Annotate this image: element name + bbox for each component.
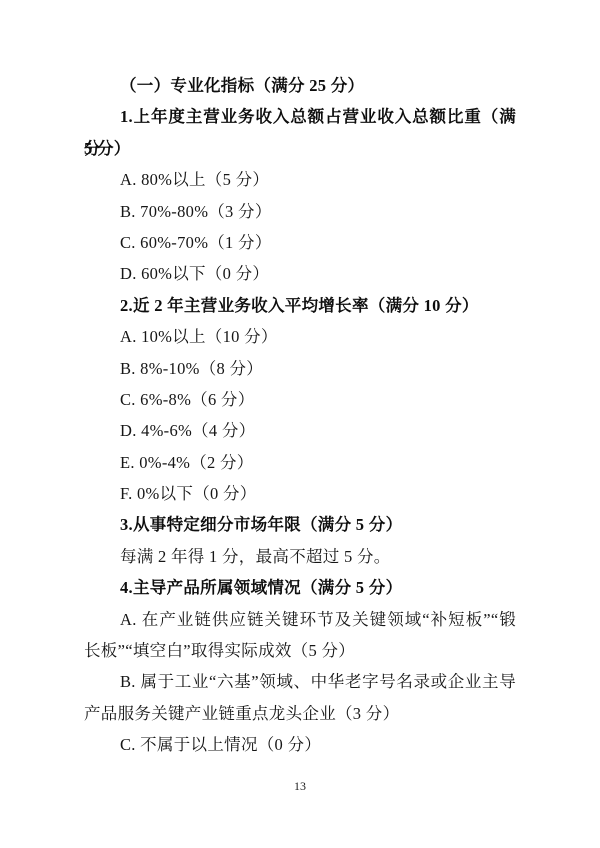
text-line-3: 5 分） [84, 133, 516, 164]
text-line-1: （一）专业化指标（满分 25 分） [84, 70, 516, 101]
text-line-15: 3.从事特定细分市场年限（满分 5 分） [84, 509, 516, 540]
text-line-20: B. 属于工业“六基”领域、中华老字号名录或企业主导 [84, 666, 516, 697]
text-line-14: F. 0%以下（0 分） [84, 478, 516, 509]
page-number: 13 [0, 778, 600, 794]
text-line-9: A. 10%以上（10 分） [84, 321, 516, 352]
text-line-8: 2.近 2 年主营业务收入平均增长率（满分 10 分） [84, 290, 516, 321]
text-line-16: 每满 2 年得 1 分，最高不超过 5 分。 [84, 541, 516, 572]
text-line-4: A. 80%以上（5 分） [84, 164, 516, 195]
text-line-18: A. 在产业链供应链关键环节及关键领域“补短板”“锻 [84, 604, 516, 635]
text-line-21: 产品服务关键产业链重点龙头企业（3 分） [84, 698, 516, 729]
text-line-7: D. 60%以下（0 分） [84, 258, 516, 289]
document-page: （一）专业化指标（满分 25 分）1.上年度主营业务收入总额占营业收入总额比重（… [0, 0, 600, 848]
text-line-22: C. 不属于以上情况（0 分） [84, 729, 516, 760]
text-line-10: B. 8%-10%（8 分） [84, 353, 516, 384]
text-line-5: B. 70%-80%（3 分） [84, 196, 516, 227]
text-line-17: 4.主导产品所属领域情况（满分 5 分） [84, 572, 516, 603]
text-line-11: C. 6%-8%（6 分） [84, 384, 516, 415]
document-body: （一）专业化指标（满分 25 分）1.上年度主营业务收入总额占营业收入总额比重（… [84, 70, 516, 761]
text-line-2: 1.上年度主营业务收入总额占营业收入总额比重（满分 [84, 101, 516, 132]
text-line-6: C. 60%-70%（1 分） [84, 227, 516, 258]
text-line-13: E. 0%-4%（2 分） [84, 447, 516, 478]
text-lines: （一）专业化指标（满分 25 分）1.上年度主营业务收入总额占营业收入总额比重（… [84, 70, 516, 761]
text-line-12: D. 4%-6%（4 分） [84, 415, 516, 446]
text-line-19: 长板”“填空白”取得实际成效（5 分） [84, 635, 516, 666]
